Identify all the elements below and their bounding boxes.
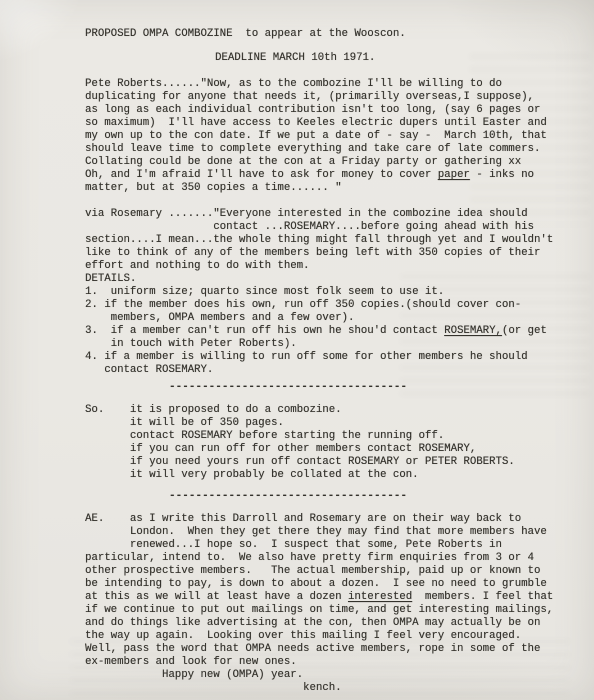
typed-divider-line: ------------------------------------ (169, 490, 584, 503)
pete-roberts-quote-paragraph: Pete Roberts......"Now, as to the comboz… (85, 78, 584, 195)
scanned-fanzine-page: PROPOSED OMPA COMBOZINE to appear at the… (0, 0, 594, 700)
deadline-line: DEADLINE MARCH 10th 1971. (215, 52, 584, 65)
via-rosemary-and-details-paragraph: via Rosemary ......."Everyone interested… (85, 208, 584, 377)
typed-divider-line: ------------------------------------ (169, 381, 584, 394)
ae-editorial-paragraph-with-signoff: AE. as I write this Darroll and Rosemary… (85, 513, 584, 695)
page-title: PROPOSED OMPA COMBOZINE to appear at the… (85, 28, 584, 41)
summary-so-paragraph: So. it is proposed to do a combozine. it… (85, 404, 584, 482)
typewritten-content: PROPOSED OMPA COMBOZINE to appear at the… (85, 28, 584, 695)
